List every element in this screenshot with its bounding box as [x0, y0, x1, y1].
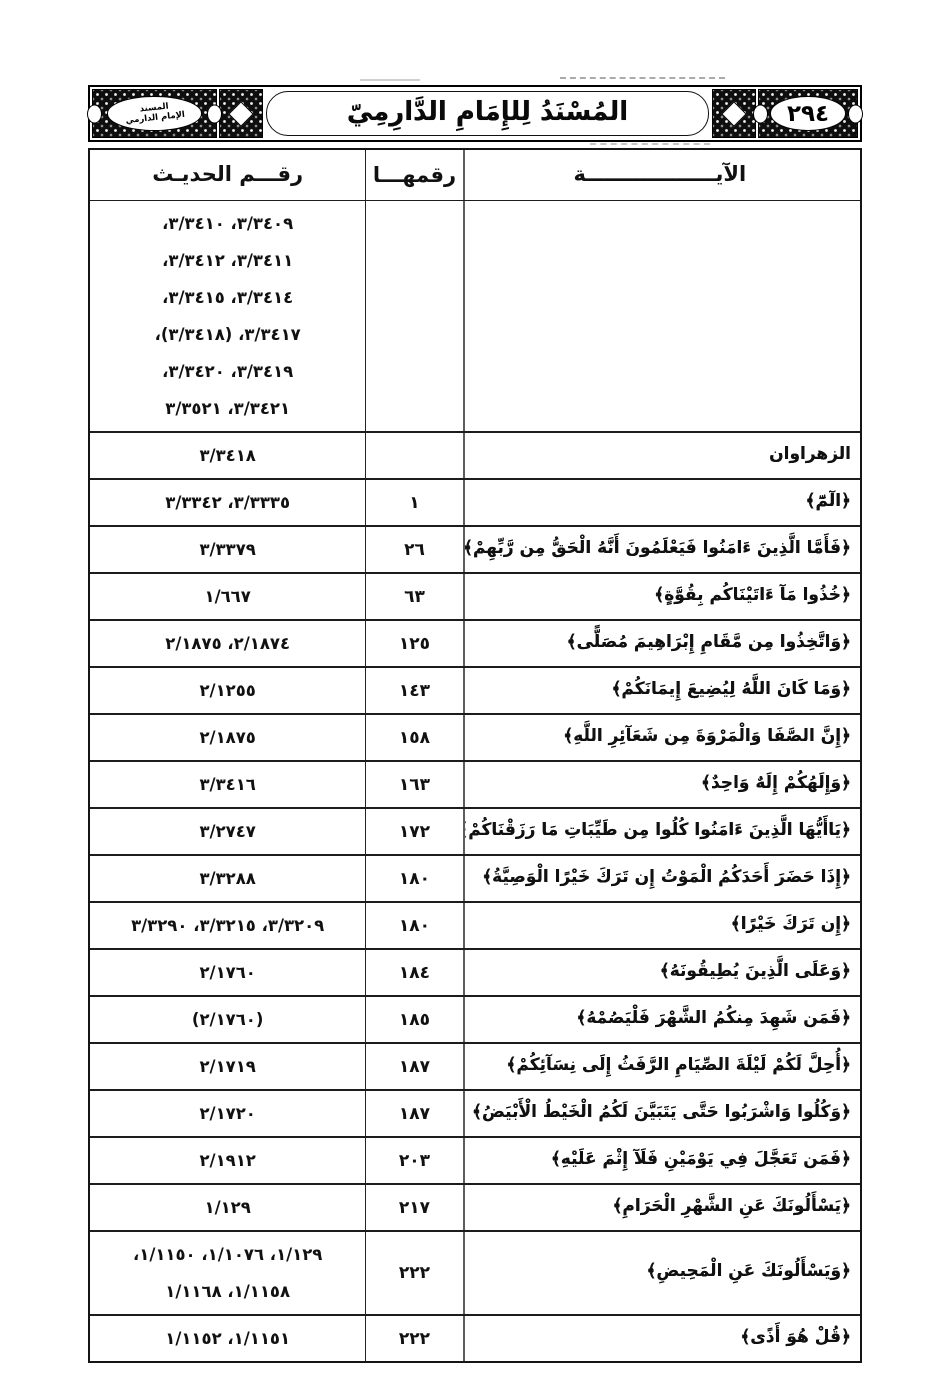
- verse-number: ١٤٣: [399, 681, 430, 701]
- series-logo-oval: المسند الإمام الدارمي: [107, 96, 203, 131]
- aya-cell: الزهراوان: [463, 433, 860, 478]
- verse-number-column-header: رقمهـــا: [365, 150, 462, 200]
- aya-text: ﴿وَإِلَهُكُمْ إِلَهٌ وَاحِدٌ﴾: [701, 769, 851, 799]
- verse-number-cell: ٢٢٢: [365, 1316, 462, 1361]
- aya-text: ﴿وَمَا كَانَ اللَّهُ لِيُضِيعَ إِيمَانَك…: [611, 675, 851, 705]
- aya-text: ﴿فَمَن تَعَجَّلَ فِي يَوْمَيْنِ فَلَآ إِ…: [551, 1145, 851, 1175]
- aya-cell: ﴿يَسْأَلُونَكَ عَنِ الشَّهْرِ الْحَرَامِ…: [463, 1185, 860, 1230]
- table-row: ﴿فَمَن شَهِدَ مِنكُمُ الشَّهْرَ فَلْيَصُ…: [90, 995, 860, 1042]
- hadith-numbers-cell: ٣/٢٧٤٧: [90, 809, 365, 854]
- table-row: ﴿قُلْ هُوَ أَذًى﴾٢٢٢١/١١٥١، ١/١١٥٢: [90, 1314, 860, 1361]
- aya-cell: ﴿أُحِلَّ لَكُمْ لَيْلَةَ الصِّيَامِ الرَ…: [463, 1044, 860, 1089]
- hadith-numbers-cell: (٢/١٧٦٠): [90, 997, 365, 1042]
- hadith-number-line: ٢/١٨٧٥: [199, 719, 255, 756]
- scan-artifact-line: [560, 77, 725, 79]
- ornament-diamond-left: [219, 89, 263, 138]
- table-row: ﴿وَإِلَهُكُمْ إِلَهٌ وَاحِدٌ﴾١٦٣٣/٣٤١٦: [90, 760, 860, 807]
- scan-artifact-line: [590, 143, 710, 145]
- verse-number-cell: ١٨٤: [365, 950, 462, 995]
- verse-number: ١٨٠: [399, 916, 430, 936]
- aya-cell: ﴿إِن تَرَكَ خَيْرًا﴾: [463, 903, 860, 948]
- hadith-number-line: ٢/١٧٢٠: [199, 1095, 255, 1132]
- verse-number: ٢٠٣: [399, 1151, 430, 1171]
- verse-number-cell: ١٧٢: [365, 809, 462, 854]
- hadith-numbers-cell: ٢/١٧١٩: [90, 1044, 365, 1089]
- hadith-numbers-cell: ١/٦٦٧: [90, 574, 365, 619]
- aya-cell: ﴿خُذُوا مَآ ءَاتَيْنَاكُم بِقُوَّةٍ﴾: [463, 574, 860, 619]
- cartouche-notch: [753, 104, 768, 123]
- cartouche-notch: [207, 104, 222, 123]
- page-number-oval: ٢٩٤: [770, 96, 846, 131]
- aya-cell: ﴿إِنَّ الصَّفَا وَالْمَرْوَةَ مِن شَعَآئ…: [463, 715, 860, 760]
- verse-number: ١٢٥: [399, 634, 430, 654]
- book-title: المُسْنَدُ لِلإِمَامِ الدَّارِمِيّ: [347, 97, 628, 130]
- verse-number: ١٨٥: [399, 1010, 430, 1030]
- hadith-number-line: ٣/٣٤١٤، ٣/٣٤١٥،: [162, 279, 293, 316]
- aya-cell: ﴿فَمَن شَهِدَ مِنكُمُ الشَّهْرَ فَلْيَصُ…: [463, 997, 860, 1042]
- aya-column-header: الآيــــــــــــــــــة: [463, 150, 860, 200]
- verse-number: ٢١٧: [399, 1198, 430, 1218]
- verse-number: ١٨٤: [399, 963, 430, 983]
- verse-number: ١٧٢: [399, 822, 430, 842]
- table-row: ﴿إِن تَرَكَ خَيْرًا﴾١٨٠٣/٣٢٠٩، ٣/٣٢١٥، ٣…: [90, 901, 860, 948]
- page-number: ٢٩٤: [787, 101, 829, 126]
- verse-number-cell: ١: [365, 480, 462, 525]
- table-row: ﴿خُذُوا مَآ ءَاتَيْنَاكُم بِقُوَّةٍ﴾٦٣١/…: [90, 572, 860, 619]
- cartouche-notch: [848, 104, 863, 123]
- table-row: ﴿يَسْأَلُونَكَ عَنِ الشَّهْرِ الْحَرَامِ…: [90, 1183, 860, 1230]
- cartouche-notch: [87, 104, 102, 123]
- table-row: ﴿وَمَا كَانَ اللَّهُ لِيُضِيعَ إِيمَانَك…: [90, 666, 860, 713]
- verse-number: ١٦٣: [399, 775, 430, 795]
- table-row: ﴿وَكُلُوا وَاشْرَبُوا حَتَّى يَتَبَيَّنَ…: [90, 1089, 860, 1136]
- aya-cell: ﴿فَمَن تَعَجَّلَ فِي يَوْمَيْنِ فَلَآ إِ…: [463, 1138, 860, 1183]
- hadith-number-line: ٢/١٧٦٠: [199, 954, 255, 991]
- ornament-diamond-right: [712, 89, 756, 138]
- aya-text: ﴿وَكُلُوا وَاشْرَبُوا حَتَّى يَتَبَيَّنَ…: [472, 1098, 851, 1128]
- hadith-number-line: ٣/٣٤١٨: [199, 437, 255, 474]
- aya-text: ﴿إِنَّ الصَّفَا وَالْمَرْوَةَ مِن شَعَآئ…: [563, 722, 851, 752]
- table-row: ﴿فَمَن تَعَجَّلَ فِي يَوْمَيْنِ فَلَآ إِ…: [90, 1136, 860, 1183]
- aya-cell: ﴿إِذَا حَضَرَ أَحَدَكُمُ الْمَوْتُ إِن ت…: [463, 856, 860, 901]
- aya-cell: ﴿يَاأَيُّهَا الَّذِينَ ءَامَنُوا كُلُوا …: [463, 809, 860, 854]
- aya-cell: ﴿وَكُلُوا وَاشْرَبُوا حَتَّى يَتَبَيَّنَ…: [463, 1091, 860, 1136]
- hadith-numbers-cell: ١/١١٥١، ١/١١٥٢: [90, 1316, 365, 1361]
- verse-number-cell: [365, 433, 462, 478]
- verse-number-cell: ٢١٧: [365, 1185, 462, 1230]
- scan-artifact-line: [360, 79, 420, 81]
- page-number-cartouche: ٢٩٤: [758, 89, 858, 138]
- hadith-number-line: ١/١١٥١، ١/١١٥٢: [165, 1320, 290, 1357]
- hadith-number-line: ٣/٣٤١٩، ٣/٣٤٢٠،: [162, 353, 293, 390]
- hadith-number-line: ٣/٣٤٢١، ٣/٣٥٢١: [165, 390, 290, 427]
- aya-text: ﴿إِذَا حَضَرَ أَحَدَكُمُ الْمَوْتُ إِن ت…: [482, 863, 851, 893]
- hadith-number-line: (٢/١٧٦٠): [192, 1001, 263, 1038]
- hadith-number-line: ٣/٣٤١٦: [199, 766, 255, 803]
- hadith-number-line: ٣/٣٢٨٨: [199, 860, 255, 897]
- hadith-numbers-cell: ٣/٣٢٨٨: [90, 856, 365, 901]
- verse-number-cell: ١٥٨: [365, 715, 462, 760]
- aya-text: ﴿وَاتَّخِذُوا مِن مَّقَامِ إِبْرَاهِيمَ …: [567, 628, 851, 658]
- hadith-numbers-cell: ٣/٣٤١٦: [90, 762, 365, 807]
- verse-number-cell: ١٨٠: [365, 903, 462, 948]
- aya-text: ﴿أُحِلَّ لَكُمْ لَيْلَةَ الصِّيَامِ الرَ…: [506, 1051, 851, 1081]
- table-row: ﴿وَعَلَى الَّذِينَ يُطِيقُونَهُ﴾١٨٤٢/١٧٦…: [90, 948, 860, 995]
- aya-cell: ﴿وَمَا كَانَ اللَّهُ لِيُضِيعَ إِيمَانَك…: [463, 668, 860, 713]
- table-row: ﴿أُحِلَّ لَكُمْ لَيْلَةَ الصِّيَامِ الرَ…: [90, 1042, 860, 1089]
- verse-number-cell: ٦٣: [365, 574, 462, 619]
- table-body: ٣/٣٤٠٩، ٣/٣٤١٠،٣/٣٤١١، ٣/٣٤١٢،٣/٣٤١٤، ٣/…: [90, 201, 860, 1361]
- hadith-numbers-cell: ٢/١٧٢٠: [90, 1091, 365, 1136]
- aya-text: ﴿خُذُوا مَآ ءَاتَيْنَاكُم بِقُوَّةٍ﴾: [654, 581, 851, 611]
- hadith-numbers-cell: ٢/١٨٧٤، ٢/١٨٧٥: [90, 621, 365, 666]
- verse-number: ٢٢٢: [399, 1329, 430, 1349]
- verse-number-cell: ٢٠٣: [365, 1138, 462, 1183]
- table-row: ٣/٣٤٠٩، ٣/٣٤١٠،٣/٣٤١١، ٣/٣٤١٢،٣/٣٤١٤، ٣/…: [90, 201, 860, 431]
- hadith-number-line: ١/١٢٩: [205, 1189, 251, 1226]
- aya-text: ﴿وَعَلَى الَّذِينَ يُطِيقُونَهُ﴾: [660, 957, 851, 987]
- hadith-numbers-cell: ١/١٢٩: [90, 1185, 365, 1230]
- verse-number-cell: ١٤٣: [365, 668, 462, 713]
- hadith-number-line: ١/١٢٩، ١/١٠٧٦، ١/١١٥٠،: [133, 1236, 322, 1273]
- aya-cell: ﴿وَاتَّخِذُوا مِن مَّقَامِ إِبْرَاهِيمَ …: [463, 621, 860, 666]
- hadith-number-line: ٣/٢٧٤٧: [199, 813, 255, 850]
- verse-number-cell: ٢٢٢: [365, 1232, 462, 1314]
- aya-cell: ﴿وَإِلَهُكُمْ إِلَهٌ وَاحِدٌ﴾: [463, 762, 860, 807]
- verse-number: ٢٦: [404, 540, 425, 560]
- aya-text: الزهراوان: [769, 440, 851, 470]
- hadith-numbers-cell: ٢/١٨٧٥: [90, 715, 365, 760]
- table-row: ﴿إِذَا حَضَرَ أَحَدَكُمُ الْمَوْتُ إِن ت…: [90, 854, 860, 901]
- verse-number-cell: ١٦٣: [365, 762, 462, 807]
- hadith-numbers-cell: ٣/٣٢٠٩، ٣/٣٢١٥، ٣/٣٢٩٠: [90, 903, 365, 948]
- verse-number-cell: ١٨٧: [365, 1044, 462, 1089]
- verse-number-cell: ٢٦: [365, 527, 462, 572]
- aya-cell: ﴿فَأَمَّا الَّذِينَ ءَامَنُوا فَيَعْلَمُ…: [463, 527, 860, 572]
- banner-title-area: المُسْنَدُ لِلإِمَامِ الدَّارِمِيّ: [265, 89, 710, 138]
- verse-number: ١٨٧: [399, 1057, 430, 1077]
- aya-text: ﴿فَمَن شَهِدَ مِنكُمُ الشَّهْرَ فَلْيَصُ…: [576, 1004, 851, 1034]
- aya-text: ﴿فَأَمَّا الَّذِينَ ءَامَنُوا فَيَعْلَمُ…: [463, 534, 851, 564]
- series-logo-cartouche: المسند الإمام الدارمي: [92, 89, 217, 138]
- hadith-numbers-cell: ٢/١٧٦٠: [90, 950, 365, 995]
- table-row: ﴿يَاأَيُّهَا الَّذِينَ ءَامَنُوا كُلُوا …: [90, 807, 860, 854]
- verse-number-cell: ١٨٥: [365, 997, 462, 1042]
- aya-text: ﴿قُلْ هُوَ أَذًى﴾: [740, 1323, 851, 1353]
- hadith-number-line: ٣/٣٤١١، ٣/٣٤١٢،: [162, 242, 293, 279]
- hadith-numbers-cell: ٢/١٢٥٥: [90, 668, 365, 713]
- table-row: ﴿فَأَمَّا الَّذِينَ ءَامَنُوا فَيَعْلَمُ…: [90, 525, 860, 572]
- hadith-number-line: ٣/٣٤٠٩، ٣/٣٤١٠،: [162, 205, 293, 242]
- table-row: ﴿الٓمّٓ﴾١٣/٣٣٣٥، ٣/٣٣٤٢: [90, 478, 860, 525]
- hadith-numbers-cell: ٣/٣٤١٨: [90, 433, 365, 478]
- verse-number: ٢٢٢: [399, 1263, 430, 1283]
- hadith-numbers-cell: ٢/١٩١٢: [90, 1138, 365, 1183]
- hadith-number-line: ٣/٣٢٠٩، ٣/٣٢١٥، ٣/٣٢٩٠: [131, 907, 324, 944]
- hadith-number-line: ١/١١٥٨، ١/١١٦٨: [165, 1273, 290, 1310]
- verse-number: ١٨٠: [399, 869, 430, 889]
- aya-text: ﴿إِن تَرَكَ خَيْرًا﴾: [731, 910, 851, 940]
- aya-cell: ﴿وَعَلَى الَّذِينَ يُطِيقُونَهُ﴾: [463, 950, 860, 995]
- verse-number: ٦٣: [404, 587, 425, 607]
- hadith-numbers-cell: ٣/٣٣٣٥، ٣/٣٣٤٢: [90, 480, 365, 525]
- aya-cell: ﴿وَيَسْأَلُونَكَ عَنِ الْمَحِيضِ﴾: [463, 1232, 860, 1314]
- hadith-number-line: ٢/١٧١٩: [199, 1048, 255, 1085]
- hadith-numbers-cell: ٣/٣٤٠٩، ٣/٣٤١٠،٣/٣٤١١، ٣/٣٤١٢،٣/٣٤١٤، ٣/…: [90, 201, 365, 431]
- table-row: ﴿إِنَّ الصَّفَا وَالْمَرْوَةَ مِن شَعَآئ…: [90, 713, 860, 760]
- hadith-number-line: ٢/١٢٥٥: [199, 672, 255, 709]
- hadith-number-line: ٢/١٩١٢: [199, 1142, 255, 1179]
- aya-text: ﴿الٓمّٓ﴾: [806, 487, 851, 517]
- aya-cell: ﴿الٓمّٓ﴾: [463, 480, 860, 525]
- aya-cell: ﴿قُلْ هُوَ أَذًى﴾: [463, 1316, 860, 1361]
- series-logo-text: المسند الإمام الدارمي: [124, 101, 185, 127]
- aya-text: ﴿يَاأَيُّهَا الَّذِينَ ءَامَنُوا كُلُوا …: [463, 816, 851, 846]
- page-header-banner: المسند الإمام الدارمي المُسْنَدُ لِلإِمَ…: [88, 85, 862, 142]
- verse-number-cell: ١٢٥: [365, 621, 462, 666]
- aya-cell: [463, 201, 860, 431]
- verse-number: ١٨٧: [399, 1104, 430, 1124]
- hadith-number-line: ١/٦٦٧: [205, 578, 251, 615]
- hadith-numbers-cell: ١/١٢٩، ١/١٠٧٦، ١/١١٥٠،١/١١٥٨، ١/١١٦٨: [90, 1232, 365, 1314]
- verse-number: ١٥٨: [399, 728, 430, 748]
- verse-number-cell: ١٨٧: [365, 1091, 462, 1136]
- hadith-numbers-cell: ٣/٣٣٧٩: [90, 527, 365, 572]
- verse-number: ١: [409, 493, 419, 513]
- hadith-number-line: ٢/١٨٧٤، ٢/١٨٧٥: [165, 625, 290, 662]
- hadith-number-line: ٣/٣٤١٧، (٣/٣٤١٨)،: [155, 316, 301, 353]
- verse-number-cell: ١٨٠: [365, 856, 462, 901]
- aya-text: ﴿يَسْأَلُونَكَ عَنِ الشَّهْرِ الْحَرَامِ…: [612, 1192, 851, 1222]
- table-row: الزهراوان٣/٣٤١٨: [90, 431, 860, 478]
- table-row: ﴿وَاتَّخِذُوا مِن مَّقَامِ إِبْرَاهِيمَ …: [90, 619, 860, 666]
- table-row: ﴿وَيَسْأَلُونَكَ عَنِ الْمَحِيضِ﴾٢٢٢١/١٢…: [90, 1230, 860, 1314]
- table-header-row: الآيــــــــــــــــــة رقمهـــا رقـــم …: [90, 150, 860, 201]
- hadith-number-column-header: رقـــم الحديـث: [90, 150, 365, 200]
- aya-text: ﴿وَيَسْأَلُونَكَ عَنِ الْمَحِيضِ﴾: [646, 1257, 851, 1287]
- hadith-number-line: ٣/٣٣٧٩: [199, 531, 255, 568]
- hadith-number-line: ٣/٣٣٣٥، ٣/٣٣٤٢: [165, 484, 290, 521]
- verse-number-cell: [365, 201, 462, 431]
- verse-index-table: الآيــــــــــــــــــة رقمهـــا رقـــم …: [88, 148, 862, 1363]
